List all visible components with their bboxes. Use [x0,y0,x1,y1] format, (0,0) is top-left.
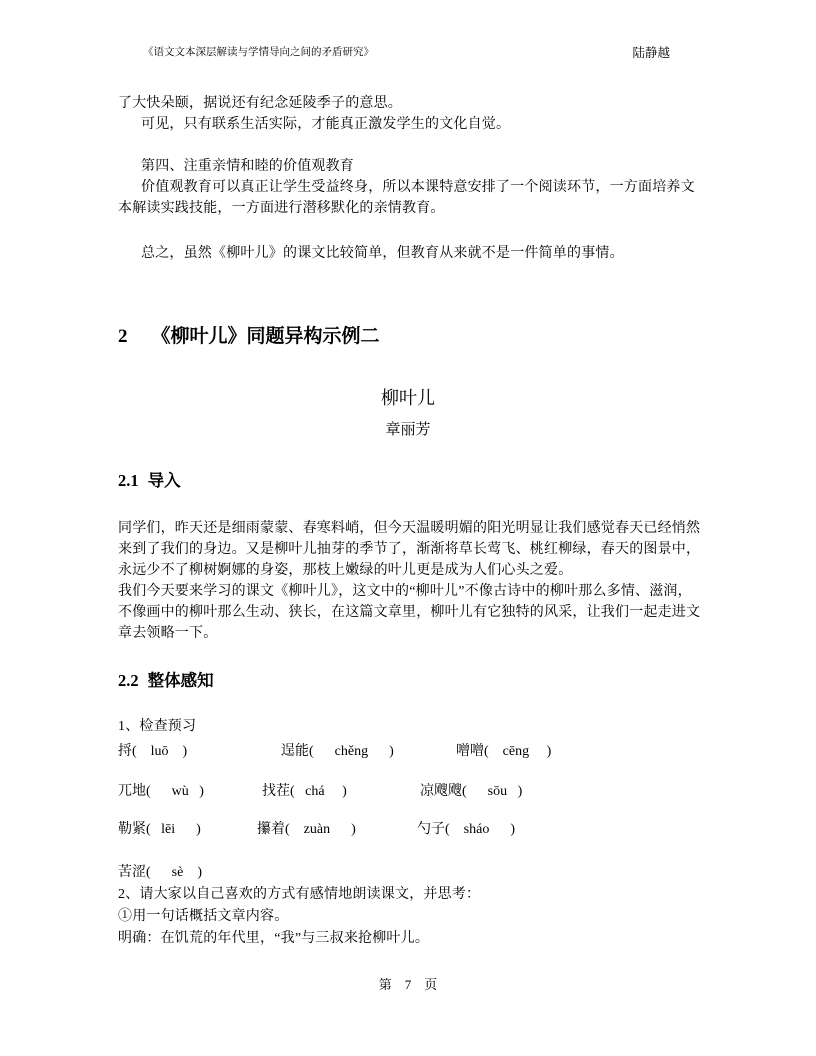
text-line: 我们今天要来学习的课文《柳叶儿》，这文中的“柳叶儿”不像古诗中的柳叶那么多情、滋… [118,581,700,602]
running-header: 《语文文本深层解读与学情导向之间的矛盾研究》 陆静越 [143,46,670,60]
text-line: 不像画中的柳叶那么生动、狭长，在这篇文章里，柳叶儿有它独特的风采，让我们一起走进… [118,602,700,623]
pinyin-item: 勒紧( lēi ) [118,819,201,840]
task-read-aloud: 2、请大家以自己喜欢的方式有感情地朗读课文，并思考： [118,884,700,905]
section-2-1-number: 2.1 [118,471,139,490]
pinyin-item: 攥着( zuàn ) [257,819,356,840]
pinyin-item: 勺子( sháo ) [417,819,515,840]
lesson-title: 柳叶儿 [0,386,816,410]
running-header-title: 《语文文本深层解读与学情导向之间的矛盾研究》 [143,46,374,60]
chapter-number: 2 [118,326,128,347]
pinyin-row-2: 兀地( wù ) 找茬( chá ) 凉飕飕( sōu ) [118,781,700,802]
text-line: 永远少不了柳树婀娜的身姿，那枝上嫩绿的叶儿更是成为人们心头之爱。 [118,560,700,581]
text-line: 同学们，昨天还是细雨蒙蒙、春寒料峭，但今天温暖明媚的阳光明显让我们感觉春天已经悄… [118,518,700,539]
task-check-preview: 1、检查预习 [118,716,700,737]
paragraph-continuation: 了大快朵颐，据说还有纪念延陵季子的意思。 可见，只有联系生活实际，才能真正激发学… [118,93,700,135]
pinyin-item: 兀地( wù ) [118,781,204,802]
pinyin-row-4: 苦涩( sè ) [118,862,700,883]
section-2-2-heading: 2.2整体感知 [118,670,214,692]
pinyin-item: 找茬( chá ) [262,781,347,802]
text-line: 来到了我们的身边。又是柳叶儿抽芽的季节了，渐渐将草长莺飞、桃红柳绿，春天的图景中… [118,539,700,560]
pinyin-item: 苦涩( sè ) [118,862,202,883]
pinyin-item: 捋( luō ) [118,741,187,762]
section-2-1-title: 导入 [148,472,181,490]
text-line: 价值观教育可以真正让学生受益终身，所以本课特意安排了一个阅读环节，一方面培养文 [118,177,700,198]
section-2-1-heading: 2.1导入 [118,470,181,492]
pinyin-item: 凉飕飕( sōu ) [420,781,522,802]
pinyin-item: 逞能( chěng ) [281,741,394,762]
section-2-2-number: 2.2 [118,671,139,690]
text-line: 章去领略一下。 [118,623,700,644]
lesson-author: 章丽芳 [0,420,816,440]
text-line: 总之，虽然《柳叶儿》的课文比较简单，但教育从来就不是一件简单的事情。 [118,243,700,264]
paragraph-point4: 第四、注重亲情和睦的价值观教育 价值观教育可以真正让学生受益终身，所以本课特意安… [118,156,700,219]
pinyin-row-3: 勒紧( lēi ) 攥着( zuàn ) 勺子( sháo ) [118,819,700,840]
page-number: 第 7 页 [0,976,816,994]
paragraph-summary: 总之，虽然《柳叶儿》的课文比较简单，但教育从来就不是一件简单的事情。 [118,243,700,264]
pinyin-row-1: 捋( luō ) 逞能( chěng ) 噌噌( cēng ) [118,741,700,762]
text-line: 可见，只有联系生活实际，才能真正激发学生的文化自觉。 [118,114,700,135]
text-line: 第四、注重亲情和睦的价值观教育 [118,156,700,177]
section-2-2-title: 整体感知 [148,672,214,690]
chapter-title: 《柳叶儿》同题异构示例二 [152,326,380,347]
pinyin-item: 噌噌( cēng ) [456,741,551,762]
text-line: 了大快朵颐，据说还有纪念延陵季子的意思。 [118,93,700,114]
text-line: 本解读实践技能，一方面进行潜移默化的亲情教育。 [118,198,700,219]
chapter-heading: 2《柳叶儿》同题异构示例二 [118,324,380,350]
question-1: ①用一句话概括文章内容。 [118,906,700,927]
intro-paragraph-2: 我们今天要来学习的课文《柳叶儿》，这文中的“柳叶儿”不像古诗中的柳叶那么多情、滋… [118,581,700,644]
answer-1: 明确：在饥荒的年代里，“我”与三叔来抢柳叶儿。 [118,928,700,949]
document-page: 《语文文本深层解读与学情导向之间的矛盾研究》 陆静越 了大快朵颐，据说还有纪念延… [0,0,816,1056]
running-header-author: 陆静越 [632,46,670,60]
intro-paragraph-1: 同学们，昨天还是细雨蒙蒙、春寒料峭，但今天温暖明媚的阳光明显让我们感觉春天已经悄… [118,518,700,581]
